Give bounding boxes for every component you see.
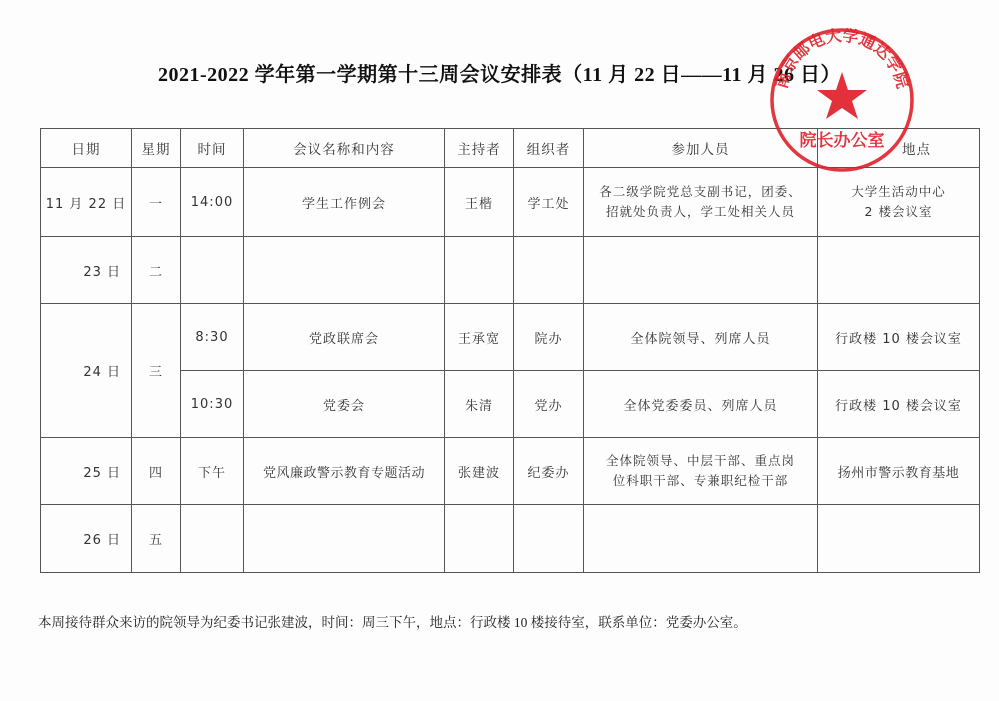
- date-cell: 25 日: [41, 438, 132, 505]
- header-weekday: 星期: [132, 129, 181, 168]
- time-cell: 14:00: [181, 168, 244, 237]
- time-cell: 10:30: [181, 371, 244, 438]
- organizer-cell: 党办: [514, 371, 584, 438]
- time-cell: [181, 505, 244, 573]
- organizer-cell: [514, 237, 584, 304]
- attendees-cell: 全体党委委员、列席人员: [584, 371, 818, 438]
- header-meeting: 会议名称和内容: [244, 129, 445, 168]
- organizer-cell: 院办: [514, 304, 584, 371]
- table-row: 26 日 五: [41, 505, 980, 573]
- date-cell: 24 日: [41, 304, 132, 438]
- organizer-cell: [514, 505, 584, 573]
- location-cell: 行政楼 10 楼会议室: [818, 304, 980, 371]
- location-cell: [818, 237, 980, 304]
- header-organizer: 组织者: [514, 129, 584, 168]
- weekday-cell: 一: [132, 168, 181, 237]
- weekday-cell: 五: [132, 505, 181, 573]
- meeting-cell: 党风廉政警示教育专题活动: [244, 438, 445, 505]
- attendees-line: 招就处负责人，学工处相关人员: [588, 202, 813, 222]
- header-time: 时间: [181, 129, 244, 168]
- weekday-cell: 四: [132, 438, 181, 505]
- meeting-cell: 学生工作例会: [244, 168, 445, 237]
- header-host: 主持者: [445, 129, 514, 168]
- time-cell: [181, 237, 244, 304]
- attendees-line: 各二级学院党总支副书记，团委、: [588, 182, 813, 202]
- location-cell: 大学生活动中心 2 楼会议室: [818, 168, 980, 237]
- meeting-schedule-table: 日期 星期 时间 会议名称和内容 主持者 组织者 参加人员 地点 11 月 22…: [40, 128, 980, 573]
- time-cell: 8:30: [181, 304, 244, 371]
- attendees-cell: [584, 237, 818, 304]
- weekday-cell: 二: [132, 237, 181, 304]
- host-cell: 朱清: [445, 371, 514, 438]
- location-line: 大学生活动中心: [822, 182, 975, 202]
- meeting-cell: [244, 237, 445, 304]
- location-line: 2 楼会议室: [822, 202, 975, 222]
- table-row: 25 日 四 下午 党风廉政警示教育专题活动 张建波 纪委办 全体院领导、中层干…: [41, 438, 980, 505]
- host-cell: 张建波: [445, 438, 514, 505]
- table-row: 24 日 三 8:30 党政联席会 王承宽 院办 全体院领导、列席人员 行政楼 …: [41, 304, 980, 371]
- location-cell: 扬州市警示教育基地: [818, 438, 980, 505]
- host-cell: 王楷: [445, 168, 514, 237]
- date-cell: 23 日: [41, 237, 132, 304]
- host-cell: [445, 237, 514, 304]
- location-cell: [818, 505, 980, 573]
- table-row: 23 日 二: [41, 237, 980, 304]
- location-cell: 行政楼 10 楼会议室: [818, 371, 980, 438]
- attendees-line: 全体院领导、中层干部、重点岗: [588, 451, 813, 471]
- attendees-cell: 全体院领导、中层干部、重点岗 位科职干部、专兼职纪检干部: [584, 438, 818, 505]
- meeting-cell: 党政联席会: [244, 304, 445, 371]
- date-cell: 11 月 22 日: [41, 168, 132, 237]
- header-attendees: 参加人员: [584, 129, 818, 168]
- date-cell: 26 日: [41, 505, 132, 573]
- table-header-row: 日期 星期 时间 会议名称和内容 主持者 组织者 参加人员 地点: [41, 129, 980, 168]
- document-title: 2021-2022 学年第一学期第十三周会议安排表（11 月 22 日——11 …: [0, 58, 999, 87]
- attendees-line: 位科职干部、专兼职纪检干部: [588, 471, 813, 491]
- header-location: 地点: [818, 129, 980, 168]
- organizer-cell: 纪委办: [514, 438, 584, 505]
- attendees-cell: 各二级学院党总支副书记，团委、 招就处负责人，学工处相关人员: [584, 168, 818, 237]
- weekday-cell: 三: [132, 304, 181, 438]
- host-cell: [445, 505, 514, 573]
- table-row: 11 月 22 日 一 14:00 学生工作例会 王楷 学工处 各二级学院党总支…: [41, 168, 980, 237]
- time-cell: 下午: [181, 438, 244, 505]
- header-date: 日期: [41, 129, 132, 168]
- attendees-cell: [584, 505, 818, 573]
- meeting-cell: [244, 505, 445, 573]
- attendees-cell: 全体院领导、列席人员: [584, 304, 818, 371]
- table-row: 10:30 党委会 朱清 党办 全体党委委员、列席人员 行政楼 10 楼会议室: [41, 371, 980, 438]
- footer-note: 本周接待群众来访的院领导为纪委书记张建波，时间：周三下午，地点：行政楼 10 楼…: [38, 611, 747, 631]
- organizer-cell: 学工处: [514, 168, 584, 237]
- meeting-cell: 党委会: [244, 371, 445, 438]
- host-cell: 王承宽: [445, 304, 514, 371]
